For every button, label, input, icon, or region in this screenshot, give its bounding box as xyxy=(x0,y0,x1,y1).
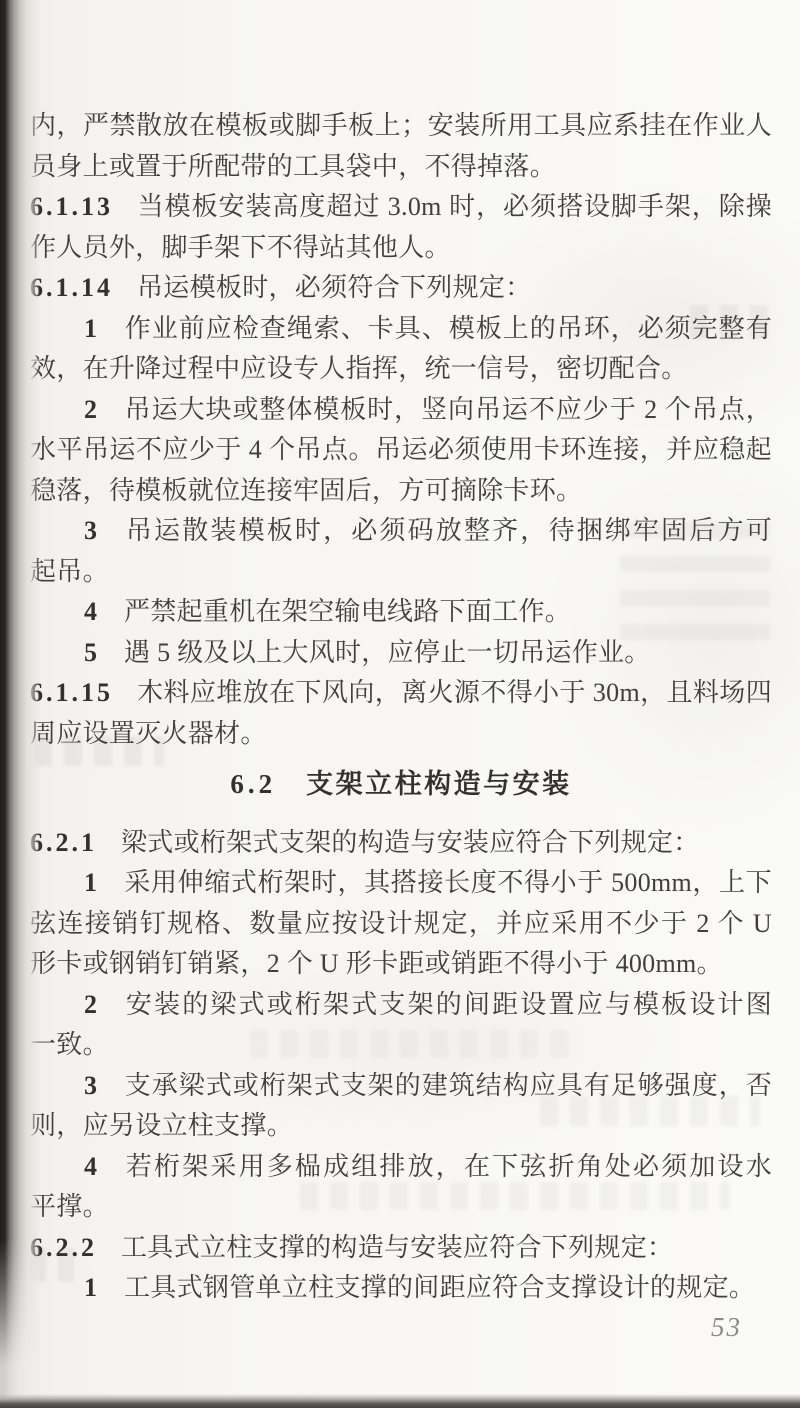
text-line: 4严禁起重机在架空输电线路下面工作。 xyxy=(30,592,772,633)
line-text: 平撑。 xyxy=(30,1192,109,1221)
clause-number: 2 xyxy=(84,395,100,424)
line-text: 吊运散装模板时，必须码放整齐，待捆绑牢固后方可 xyxy=(124,516,772,545)
clause-number: 1 xyxy=(84,1273,100,1302)
scanned-page: 内，严禁散放在模板或脚手板上；安装所用工具应系挂在作业人员身上或置于所配带的工具… xyxy=(0,0,800,1408)
text-line: 内，严禁散放在模板或脚手板上；安装所用工具应系挂在作业人 xyxy=(30,106,772,147)
text-block: 内，严禁散放在模板或脚手板上；安装所用工具应系挂在作业人员身上或置于所配带的工具… xyxy=(0,0,800,1309)
text-line: 2安装的梁式或桁架式支架的间距设置应与模板设计图 xyxy=(30,985,772,1026)
text-line: 2吊运大块或整体模板时，竖向吊运不应少于 2 个吊点， xyxy=(30,390,772,431)
text-line: 员身上或置于所配带的工具袋中，不得掉落。 xyxy=(30,147,772,188)
clause-number: 6.1.14 xyxy=(30,273,113,302)
text-line: 3支承梁式或桁架式支架的建筑结构应具有足够强度，否 xyxy=(30,1066,772,1107)
line-text: 弦连接销钉规格、数量应按设计规定，并应采用不少于 2 个 U xyxy=(30,909,772,938)
text-line: 稳落，待模板就位连接牢固后，方可摘除卡环。 xyxy=(30,471,772,512)
line-text: 支架立柱构造与安装 xyxy=(306,769,572,799)
line-text: 作人员外，脚手架下不得站其他人。 xyxy=(30,233,451,262)
line-text: 周应设置灭火器材。 xyxy=(30,719,267,748)
clause-number: 1 xyxy=(84,314,100,343)
line-text: 严禁起重机在架空输电线路下面工作。 xyxy=(124,597,571,626)
clause-number: 4 xyxy=(84,1152,100,1181)
text-line: 周应设置灭火器材。 xyxy=(30,714,772,755)
line-text: 当模板安装高度超过 3.0m 时，必须搭设脚手架，除操 xyxy=(137,192,772,221)
text-line: 4若桁架采用多榀成组排放，在下弦折角处必须加设水 xyxy=(30,1147,772,1188)
text-line: 平撑。 xyxy=(30,1187,772,1228)
line-text: 遇 5 级及以上大风时，应停止一切吊运作业。 xyxy=(124,638,651,667)
clause-number: 1 xyxy=(84,868,100,897)
scan-edge-bottom xyxy=(0,1394,800,1408)
text-line: 6.1.14吊运模板时，必须符合下列规定： xyxy=(30,268,772,309)
text-line: 1工具式钢管单立柱支撑的间距应符合支撑设计的规定。 xyxy=(30,1268,772,1309)
line-text: 则，应另设立柱支撑。 xyxy=(30,1111,293,1140)
book-gutter-shadow xyxy=(0,0,40,1408)
line-text: 安装的梁式或桁架式支架的间距设置应与模板设计图 xyxy=(124,990,772,1019)
text-line: 形卡或钢销钉销紧，2 个 U 形卡距或销距不得小于 400mm。 xyxy=(30,944,772,985)
line-text: 工具式立柱支撑的构造与安装应符合下列规定： xyxy=(121,1233,673,1262)
text-line: 5遇 5 级及以上大风时，应停止一切吊运作业。 xyxy=(30,633,772,674)
text-line: 作人员外，脚手架下不得站其他人。 xyxy=(30,228,772,269)
line-text: 作业前应检查绳索、卡具、模板上的吊环，必须完整有 xyxy=(124,314,772,343)
line-text: 员身上或置于所配带的工具袋中，不得掉落。 xyxy=(30,152,556,181)
text-line: 1作业前应检查绳索、卡具、模板上的吊环，必须完整有 xyxy=(30,309,772,350)
text-line: 起吊。 xyxy=(30,552,772,593)
line-text: 稳落，待模板就位连接牢固后，方可摘除卡环。 xyxy=(30,476,582,505)
page-number: 53 xyxy=(711,1312,742,1343)
line-text: 吊运模板时，必须符合下列规定： xyxy=(137,273,532,302)
clause-number: 6.2.2 xyxy=(30,1233,97,1262)
line-text: 木料应堆放在下风向，离火源不得小于 30m，且料场四 xyxy=(137,678,772,707)
text-line: 6.2支架立柱构造与安装 xyxy=(30,764,772,805)
line-text: 效，在升降过程中应设专人指挥，统一信号，密切配合。 xyxy=(30,354,688,383)
line-text: 水平吊运不应少于 4 个吊点。吊运必须使用卡环连接，并应稳起 xyxy=(30,435,772,464)
line-text: 若桁架采用多榀成组排放，在下弦折角处必须加设水 xyxy=(124,1152,772,1181)
clause-number: 3 xyxy=(84,516,100,545)
line-text: 一致。 xyxy=(30,1030,109,1059)
line-text: 采用伸缩式桁架时，其搭接长度不得小于 500mm，上下 xyxy=(124,868,772,897)
clause-number: 6.2.1 xyxy=(30,828,97,857)
clause-number: 5 xyxy=(84,638,100,667)
text-line: 一致。 xyxy=(30,1025,772,1066)
text-line: 弦连接销钉规格、数量应按设计规定，并应采用不少于 2 个 U xyxy=(30,904,772,945)
text-line: 6.2.1梁式或桁架式支架的构造与安装应符合下列规定： xyxy=(30,823,772,864)
line-text: 起吊。 xyxy=(30,557,109,586)
clause-number: 6.1.15 xyxy=(30,678,113,707)
line-text: 梁式或桁架式支架的构造与安装应符合下列规定： xyxy=(121,828,700,857)
clause-number: 6.1.13 xyxy=(30,192,113,221)
clause-number: 2 xyxy=(84,990,100,1019)
line-text: 内，严禁散放在模板或脚手板上；安装所用工具应系挂在作业人 xyxy=(30,111,772,140)
line-text: 形卡或钢销钉销紧，2 个 U 形卡距或销距不得小于 400mm。 xyxy=(30,949,723,978)
text-line: 则，应另设立柱支撑。 xyxy=(30,1106,772,1147)
line-text: 吊运大块或整体模板时，竖向吊运不应少于 2 个吊点， xyxy=(124,395,772,424)
line-text: 支承梁式或桁架式支架的建筑结构应具有足够强度，否 xyxy=(124,1071,772,1100)
text-line: 3吊运散装模板时，必须码放整齐，待捆绑牢固后方可 xyxy=(30,511,772,552)
text-line: 效，在升降过程中应设专人指挥，统一信号，密切配合。 xyxy=(30,349,772,390)
text-line: 6.1.15木料应堆放在下风向，离火源不得小于 30m，且料场四 xyxy=(30,673,772,714)
text-line: 6.2.2工具式立柱支撑的构造与安装应符合下列规定： xyxy=(30,1228,772,1269)
text-line: 6.1.13当模板安装高度超过 3.0m 时，必须搭设脚手架，除操 xyxy=(30,187,772,228)
line-text: 工具式钢管单立柱支撑的间距应符合支撑设计的规定。 xyxy=(124,1273,755,1302)
text-line: 1采用伸缩式桁架时，其搭接长度不得小于 500mm，上下 xyxy=(30,863,772,904)
text-line: 水平吊运不应少于 4 个吊点。吊运必须使用卡环连接，并应稳起 xyxy=(30,430,772,471)
clause-number: 3 xyxy=(84,1071,100,1100)
clause-number: 6.2 xyxy=(230,769,276,799)
clause-number: 4 xyxy=(84,597,100,626)
